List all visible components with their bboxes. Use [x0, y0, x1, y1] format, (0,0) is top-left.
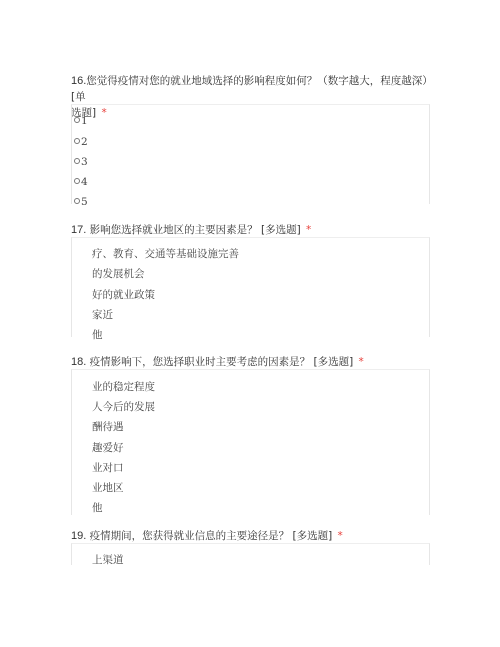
question-19-title: 19. 疫情期间，您获得就业信息的主要途径是？ [多选题] * — [71, 528, 433, 544]
question-17-title: 17. 影响您选择就业地区的主要因素是？ [多选题] * — [71, 222, 433, 238]
checkbox-option[interactable]: 上渠道 — [92, 553, 124, 567]
question-text: 疫情影响下，您选择职业时主要考虑的因素是？ [多选题] — [86, 356, 353, 368]
question-text: 影响您选择就业地区的主要因素是？ [多选题] — [86, 224, 300, 236]
question-17-options: 疗、教育、交通等基础设施完善 的发展机会 好的就业政策 家近 他 — [71, 237, 430, 337]
checkbox-option[interactable]: 家近 — [92, 308, 113, 322]
radio-option-4[interactable]: 4 — [74, 175, 88, 189]
radio-circle-icon[interactable] — [74, 198, 80, 204]
option-label: 2 — [81, 136, 88, 148]
radio-option-3[interactable]: 3 — [74, 155, 88, 169]
radio-option-1[interactable]: 1 — [74, 114, 88, 128]
option-label: 1 — [81, 115, 88, 127]
question-number: 19. — [71, 530, 86, 542]
radio-circle-icon[interactable] — [74, 117, 80, 123]
question-number: 17. — [71, 224, 86, 236]
option-label: 3 — [81, 156, 88, 168]
checkbox-option[interactable]: 的发展机会 — [92, 267, 145, 281]
question-18-title: 18. 疫情影响下，您选择职业时主要考虑的因素是？ [多选题] * — [71, 354, 433, 370]
question-19-options: 上渠道 — [71, 543, 430, 565]
checkbox-option[interactable]: 酬待遇 — [92, 420, 124, 434]
required-asterisk: * — [359, 356, 364, 368]
question-number: 16. — [71, 75, 86, 87]
question-18-options: 业的稳定程度 人今后的发展 酬待遇 趣爱好 业对口 业地区 他 — [71, 369, 430, 515]
checkbox-option[interactable]: 疗、教育、交通等基础设施完善 — [92, 247, 239, 261]
radio-circle-icon[interactable] — [74, 138, 80, 144]
option-label: 5 — [81, 196, 88, 208]
question-text: 您觉得疫情对您的就业地域选择的影响程度如何？（数字越大，程度越深） [单 — [71, 75, 433, 103]
checkbox-option[interactable]: 他 — [92, 501, 103, 515]
checkbox-option[interactable]: 好的就业政策 — [92, 288, 155, 302]
radio-option-2[interactable]: 2 — [74, 135, 88, 149]
question-text: 疫情期间，您获得就业信息的主要途径是？ [多选题] — [86, 530, 332, 542]
question-16-options: 1 2 3 4 5 — [71, 104, 430, 204]
checkbox-option[interactable]: 他 — [92, 328, 103, 342]
radio-circle-icon[interactable] — [74, 158, 80, 164]
checkbox-option[interactable]: 趣爱好 — [92, 441, 124, 455]
question-19: 19. 疫情期间，您获得就业信息的主要途径是？ [多选题] * — [71, 528, 433, 544]
option-label: 4 — [81, 176, 88, 188]
required-asterisk: * — [338, 530, 343, 542]
question-number: 18. — [71, 356, 86, 368]
checkbox-option[interactable]: 业地区 — [92, 481, 124, 495]
question-18: 18. 疫情影响下，您选择职业时主要考虑的因素是？ [多选题] * — [71, 354, 433, 370]
question-17: 17. 影响您选择就业地区的主要因素是？ [多选题] * — [71, 222, 433, 238]
radio-circle-icon[interactable] — [74, 178, 80, 184]
radio-option-5[interactable]: 5 — [74, 195, 88, 209]
checkbox-option[interactable]: 业的稳定程度 — [92, 380, 155, 394]
checkbox-option[interactable]: 业对口 — [92, 461, 124, 475]
checkbox-option[interactable]: 人今后的发展 — [92, 400, 155, 414]
required-asterisk: * — [306, 224, 311, 236]
